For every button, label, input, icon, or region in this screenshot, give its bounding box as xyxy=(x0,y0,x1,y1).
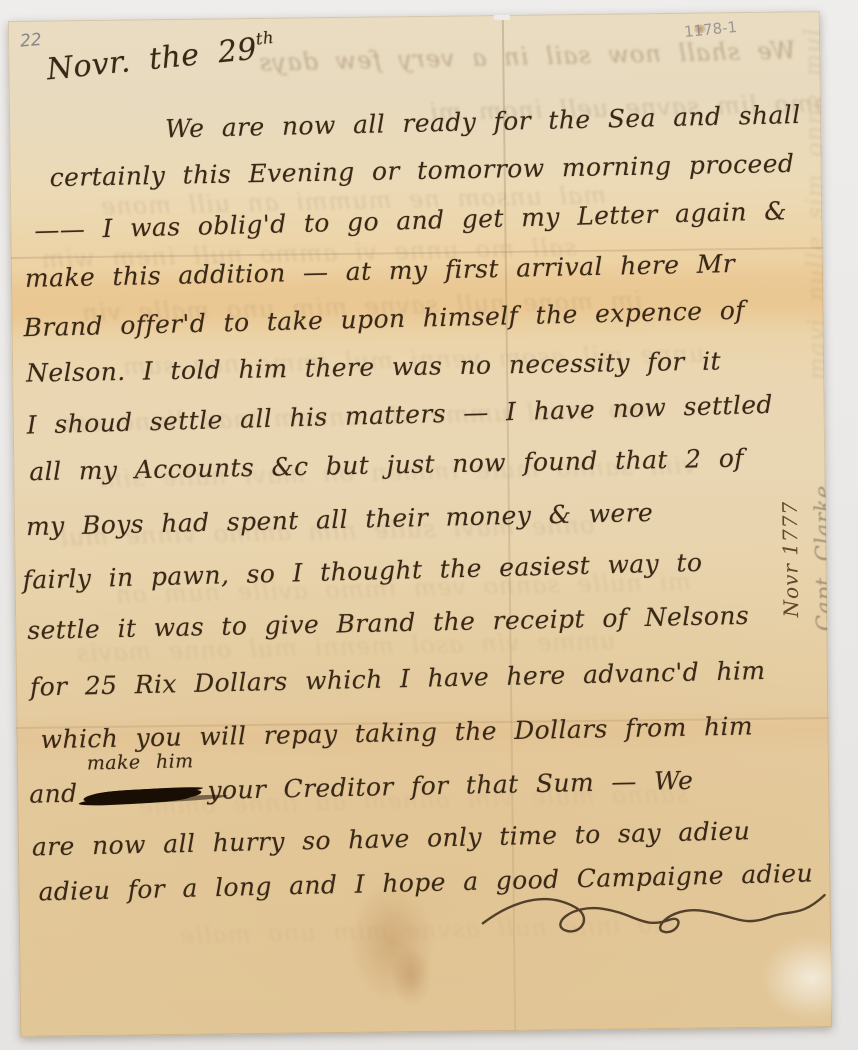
pencil-page-number: 22 xyxy=(19,30,42,52)
date-superscript: th xyxy=(255,28,275,49)
margin-note-date: Novr 1777 xyxy=(777,447,803,617)
margin-note-name: Capt. Clarke xyxy=(810,399,833,631)
body-line-13: which you will repay taking the Dollars … xyxy=(40,711,753,754)
paper-edge-notch xyxy=(494,13,510,20)
abrasion-patch xyxy=(761,937,832,1020)
bleed-through-line-vertical: mavi nulle sim onne mul xyxy=(800,150,831,380)
letter-page: We shall now sail in a very few days nun… xyxy=(8,11,832,1037)
bleed-through-line: We shall now sail in a very few days xyxy=(258,37,796,77)
ink-blot-strikeout xyxy=(83,786,202,806)
correction-cluster: make him xyxy=(83,776,202,807)
body-line-1: We are now all ready for the Sea and sha… xyxy=(165,100,801,143)
body-line-15: are now all hurry so have only time to s… xyxy=(32,816,751,861)
date-line: Novr. the 29th xyxy=(45,30,276,88)
stain-blot xyxy=(391,946,432,1006)
scan-background: We shall now sail in a very few days nun… xyxy=(0,0,858,1050)
signature-flourish xyxy=(478,885,829,947)
interlinear-insertion: make him xyxy=(87,750,194,774)
line14-prefix: and xyxy=(29,779,78,809)
date-text: Novr. the 29 xyxy=(45,32,258,88)
body-line-7: I shoud settle all his matters — I have … xyxy=(26,390,773,440)
